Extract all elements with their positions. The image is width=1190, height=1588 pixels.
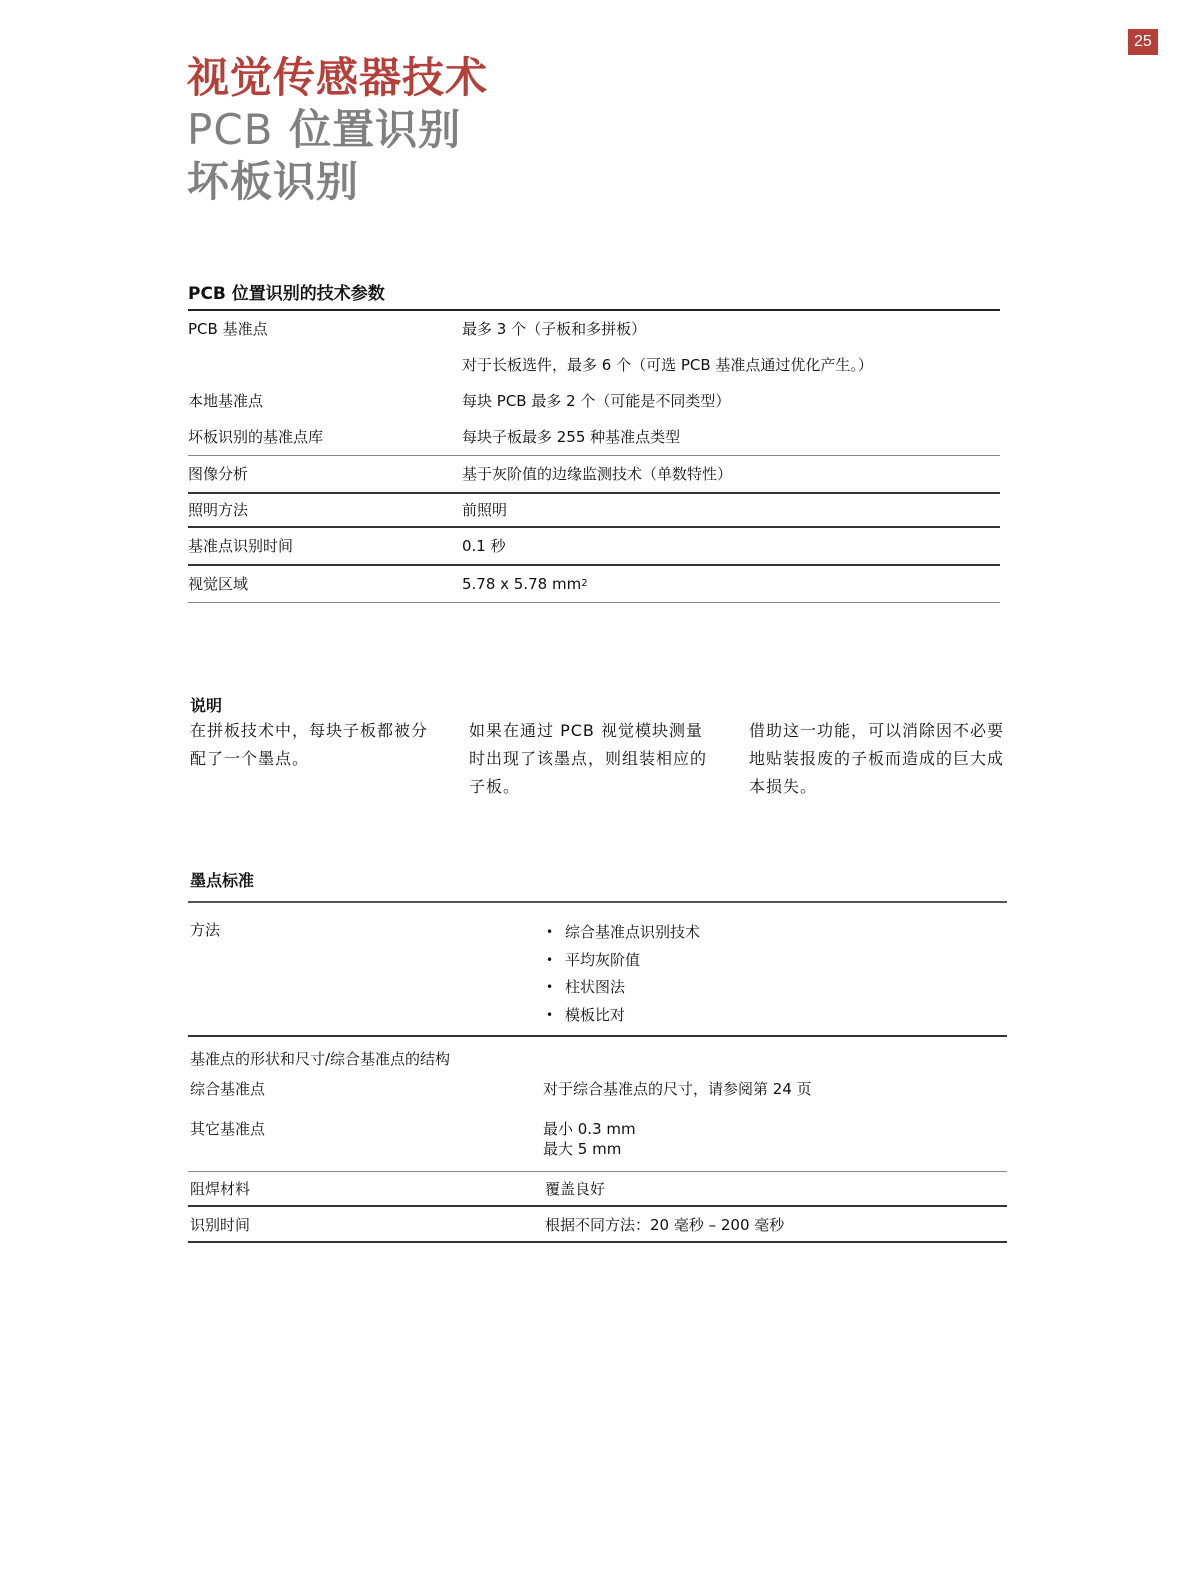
tech-params-group-1: PCB 基准点 最多 3 个（子板和多拼板） 对于长板选件，最多 6 个（可选 … <box>188 311 1000 456</box>
sub-row: 综合基准点 对于综合基准点的尺寸，请参阅第 24 页 <box>188 1073 1007 1109</box>
row-label: 阻焊材料 <box>188 1172 543 1205</box>
row-label: 坏板识别的基准点库 <box>188 419 462 455</box>
bullet-icon: • <box>543 919 565 947</box>
row-value: 对于长板选件，最多 6 个（可选 PCB 基准点通过优化产生。） <box>462 347 1000 383</box>
sub-row: 其它基准点 最小 0.3 mm 最大 5 mm <box>188 1109 1007 1159</box>
row-value: 最多 3 个（子板和多拼板） <box>462 311 1000 347</box>
page-number-badge: 25 <box>1128 29 1158 55</box>
row-value: 0.1 秒 <box>462 528 1000 564</box>
bullet-icon: • <box>543 947 565 975</box>
table-row-solder-resist: 阻焊材料 覆盖良好 <box>188 1172 1007 1207</box>
sub-row-value: 对于综合基准点的尺寸，请参阅第 24 页 <box>543 1073 1007 1109</box>
row-label: 视觉区域 <box>188 566 462 602</box>
page-title: 视觉传感器技术 <box>187 52 488 104</box>
sub-row-value: 最大 5 mm <box>543 1139 1007 1159</box>
list-item: •柱状图法 <box>543 974 1007 1002</box>
row-label: 识别时间 <box>188 1207 543 1241</box>
table-row: 坏板识别的基准点库 每块子板最多 255 种基准点类型 <box>188 419 1000 455</box>
row-label: PCB 基准点 <box>188 311 462 347</box>
sub-row-label: 其它基准点 <box>188 1119 543 1159</box>
description-column-2: 如果在通过 PCB 视觉模块测量时出现了该墨点，则组装相应的子板。 <box>469 717 709 801</box>
subtitle-cjk: 位置识别 <box>289 105 461 154</box>
tech-params-table: PCB 基准点 最多 3 个（子板和多拼板） 对于长板选件，最多 6 个（可选 … <box>188 309 1000 603</box>
row-label: 基准点的形状和尺寸/综合基准点的结构 <box>188 1045 450 1073</box>
table-row: 基准点识别时间 0.1 秒 <box>188 528 1000 566</box>
row-label: 图像分析 <box>188 456 462 492</box>
table-row-recognition-time: 识别时间 根据不同方法：20 毫秒 – 200 毫秒 <box>188 1207 1007 1243</box>
method-bullet-list: •综合基准点识别技术 •平均灰阶值 •柱状图法 •模板比对 <box>543 919 1007 1029</box>
row-value: 每块子板最多 255 种基准点类型 <box>462 419 1000 455</box>
superscript: 2 <box>581 566 587 602</box>
table-row-method: 方法 •综合基准点识别技术 •平均灰阶值 •柱状图法 •模板比对 <box>188 903 1007 1037</box>
page-subtitle-line2: 坏板识别 <box>187 156 488 208</box>
row-label: 照明方法 <box>188 494 462 526</box>
table-row: PCB 基准点 最多 3 个（子板和多拼板） 对于长板选件，最多 6 个（可选 … <box>188 311 1000 383</box>
row-value: 基于灰阶值的边缘监测技术（单数特性） <box>462 456 1000 492</box>
sub-row-label: 综合基准点 <box>188 1073 543 1109</box>
bullet-icon: • <box>543 974 565 1002</box>
list-item: •模板比对 <box>543 1002 1007 1030</box>
description-column-3: 借助这一功能，可以消除因不必要地贴装报废的子板而造成的巨大成本损失。 <box>749 717 1005 801</box>
sub-row-value: 最小 0.3 mm <box>543 1119 1007 1139</box>
subtitle-latin: PCB <box>187 105 273 154</box>
row-label: 方法 <box>188 919 543 1029</box>
description-column-1: 在拼板技术中，每块子板都被分配了一个墨点。 <box>190 717 438 773</box>
ink-spot-heading: 墨点标准 <box>190 868 254 891</box>
row-value: 每块 PCB 最多 2 个（可能是不同类型） <box>462 383 1000 419</box>
row-value: 覆盖良好 <box>543 1172 1007 1205</box>
table-row: 本地基准点 每块 PCB 最多 2 个（可能是不同类型） <box>188 383 1000 419</box>
list-item: •综合基准点识别技术 <box>543 919 1007 947</box>
row-value: 根据不同方法：20 毫秒 – 200 毫秒 <box>543 1207 1007 1241</box>
row-label: 基准点识别时间 <box>188 528 462 564</box>
row-value: 前照明 <box>462 494 1000 526</box>
ink-spot-table: 方法 •综合基准点识别技术 •平均灰阶值 •柱状图法 •模板比对 基准点的形状和… <box>188 901 1007 1243</box>
table-row: 照明方法 前照明 <box>188 494 1000 528</box>
row-label: 本地基准点 <box>188 383 462 419</box>
table-row-shape: 基准点的形状和尺寸/综合基准点的结构 综合基准点 对于综合基准点的尺寸，请参阅第… <box>188 1037 1007 1172</box>
bullet-icon: • <box>543 1002 565 1030</box>
table-row: 视觉区域 5.78 x 5.78 mm2 <box>188 566 1000 603</box>
list-item: •平均灰阶值 <box>543 947 1007 975</box>
row-value: 5.78 x 5.78 mm2 <box>462 566 1000 602</box>
title-block: 视觉传感器技术 PCB 位置识别 坏板识别 <box>187 52 488 208</box>
tech-params-heading: PCB 位置识别的技术参数 <box>188 279 385 304</box>
page-subtitle-line1: PCB 位置识别 <box>187 104 488 156</box>
description-heading: 说明 <box>190 693 222 716</box>
visual-area-value: 5.78 x 5.78 mm <box>462 566 581 602</box>
table-row: 图像分析 基于灰阶值的边缘监测技术（单数特性） <box>188 456 1000 494</box>
